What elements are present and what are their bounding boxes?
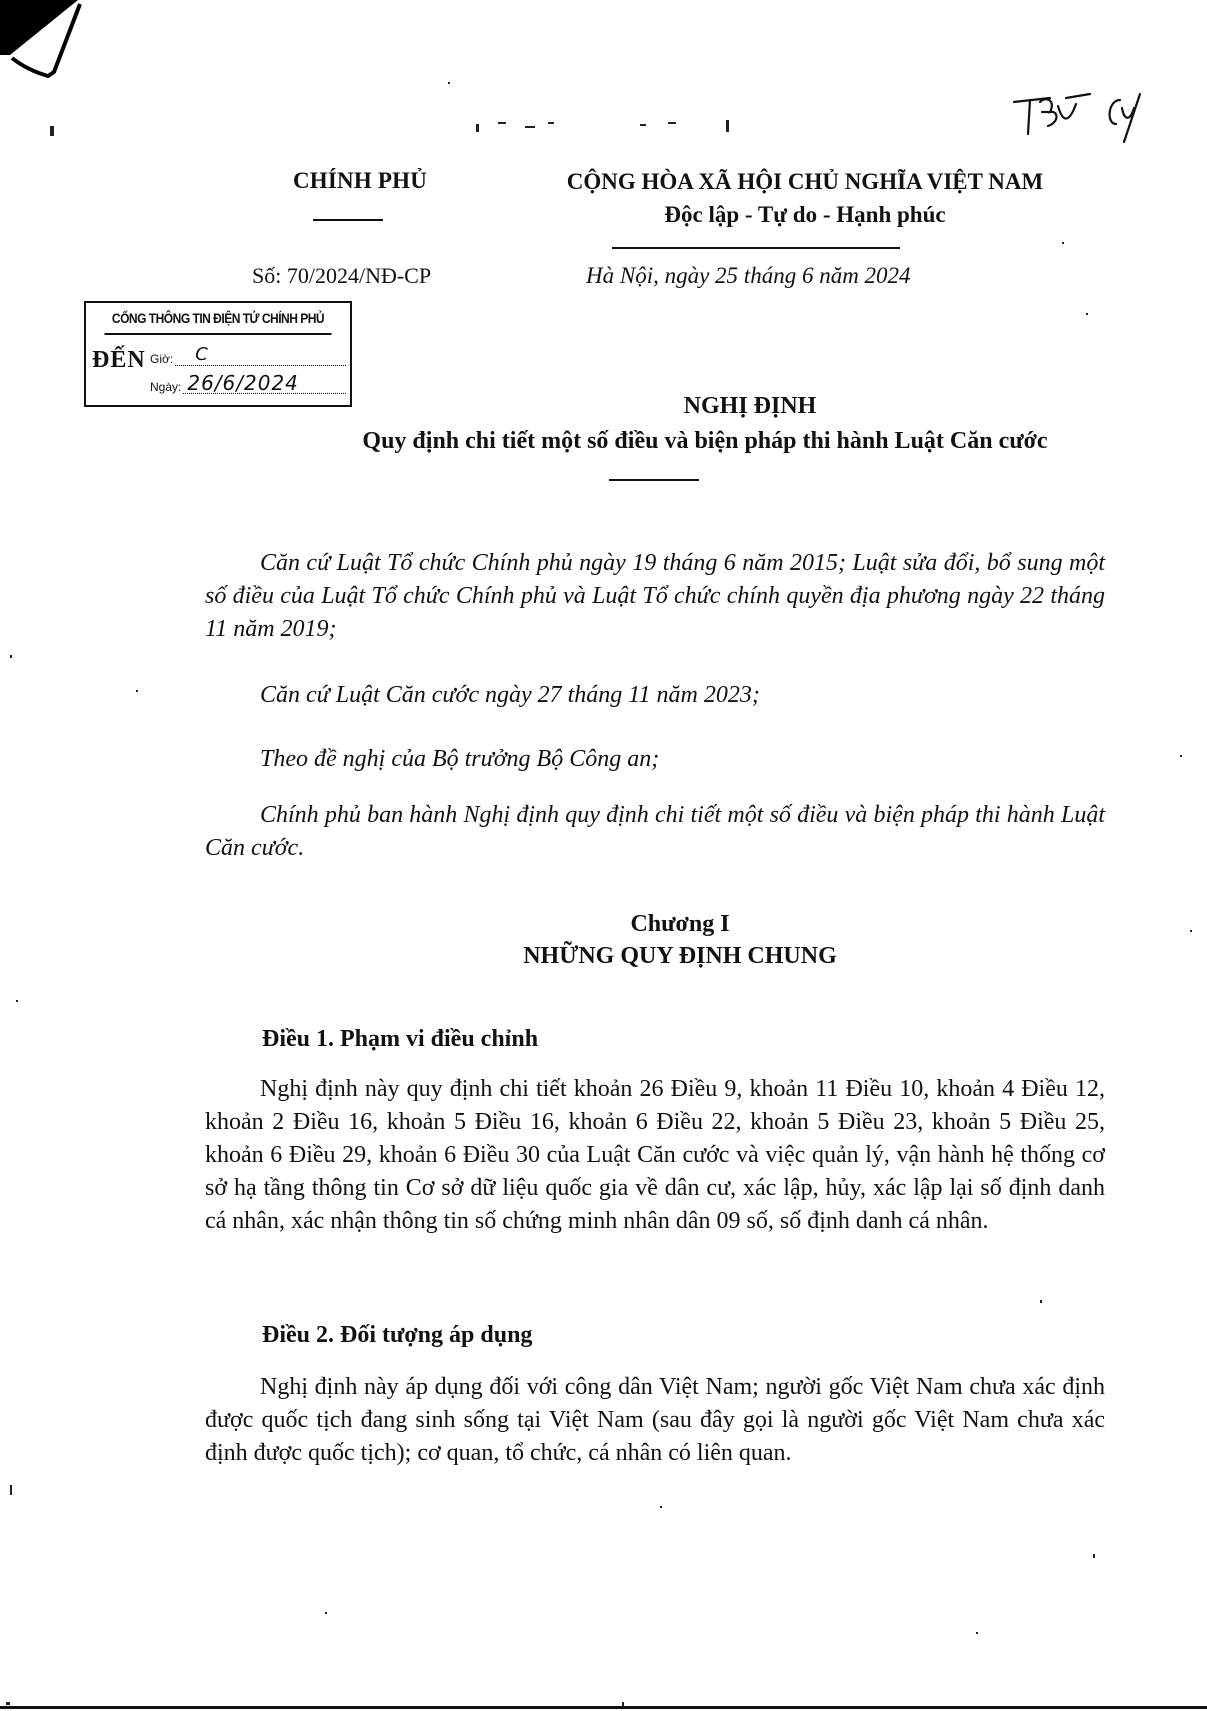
stamp-header: CỔNG THÔNG TIN ĐIỆN TỬ CHÍNH PHỦ xyxy=(104,303,331,335)
stamp-received-label: ĐẾN xyxy=(92,347,146,374)
stamp-date-row: Ngày: 26/6/2024 xyxy=(150,373,346,394)
national-motto: CỘNG HÒA XÃ HỘI CHỦ NGHĨA VIỆT NAM Độc l… xyxy=(500,165,1110,231)
document-number: Số: 70/2024/NĐ-CP xyxy=(252,263,431,289)
preamble-paragraph: Theo đề nghị của Bộ trưởng Bộ Công an; xyxy=(205,743,1105,776)
stamp-time-label: Giờ: xyxy=(150,352,173,366)
preamble-paragraph: Căn cứ Luật Tổ chức Chính phủ ngày 19 th… xyxy=(205,547,1105,646)
article-heading: Điều 2. Đối tượng áp dụng xyxy=(262,1322,532,1349)
motto-underline-divider xyxy=(612,247,900,249)
preamble-paragraph: Chính phủ ban hành Nghị định quy định ch… xyxy=(205,799,1105,865)
article-heading: Điều 1. Phạm vi điều chỉnh xyxy=(262,1026,538,1053)
issuing-authority: CHÍNH PHỦ xyxy=(250,168,470,194)
document-type-title: NGHỊ ĐỊNH xyxy=(300,393,1200,420)
scan-corner-fold-mark xyxy=(0,0,82,78)
arrival-stamp: CỔNG THÔNG TIN ĐIỆN TỬ CHÍNH PHỦ ĐẾN Giờ… xyxy=(84,301,352,407)
document-subject: Quy định chi tiết một số điều và biện ph… xyxy=(200,428,1207,455)
stamp-time-row: Giờ: C xyxy=(150,345,346,366)
chapter-heading: Chương I NHỮNG QUY ĐỊNH CHUNG xyxy=(300,908,1060,972)
issuer-underline-divider xyxy=(313,219,383,221)
nation-motto: Độc lập - Tự do - Hạnh phúc xyxy=(500,198,1110,231)
chapter-number: Chương I xyxy=(300,908,1060,940)
title-underline-divider xyxy=(609,479,699,481)
scan-bottom-edge xyxy=(0,1706,1207,1709)
stamp-date-label: Ngày: xyxy=(150,380,181,394)
article-body: Nghị định này quy định chi tiết khoản 26… xyxy=(205,1073,1105,1238)
stamp-time-value: C xyxy=(195,345,209,365)
stamp-date-value: 26/6/2024 xyxy=(187,373,299,393)
place-and-date: Hà Nội, ngày 25 tháng 6 năm 2024 xyxy=(586,263,911,289)
article-body: Nghị định này áp dụng đối với công dân V… xyxy=(205,1371,1105,1470)
preamble-paragraph: Căn cứ Luật Căn cước ngày 27 tháng 11 nă… xyxy=(205,679,1105,712)
handwritten-annotation: TBT cy xyxy=(1010,86,1170,146)
nation-name: CỘNG HÒA XÃ HỘI CHỦ NGHĨA VIỆT NAM xyxy=(500,165,1110,198)
chapter-title: NHỮNG QUY ĐỊNH CHUNG xyxy=(300,940,1060,972)
